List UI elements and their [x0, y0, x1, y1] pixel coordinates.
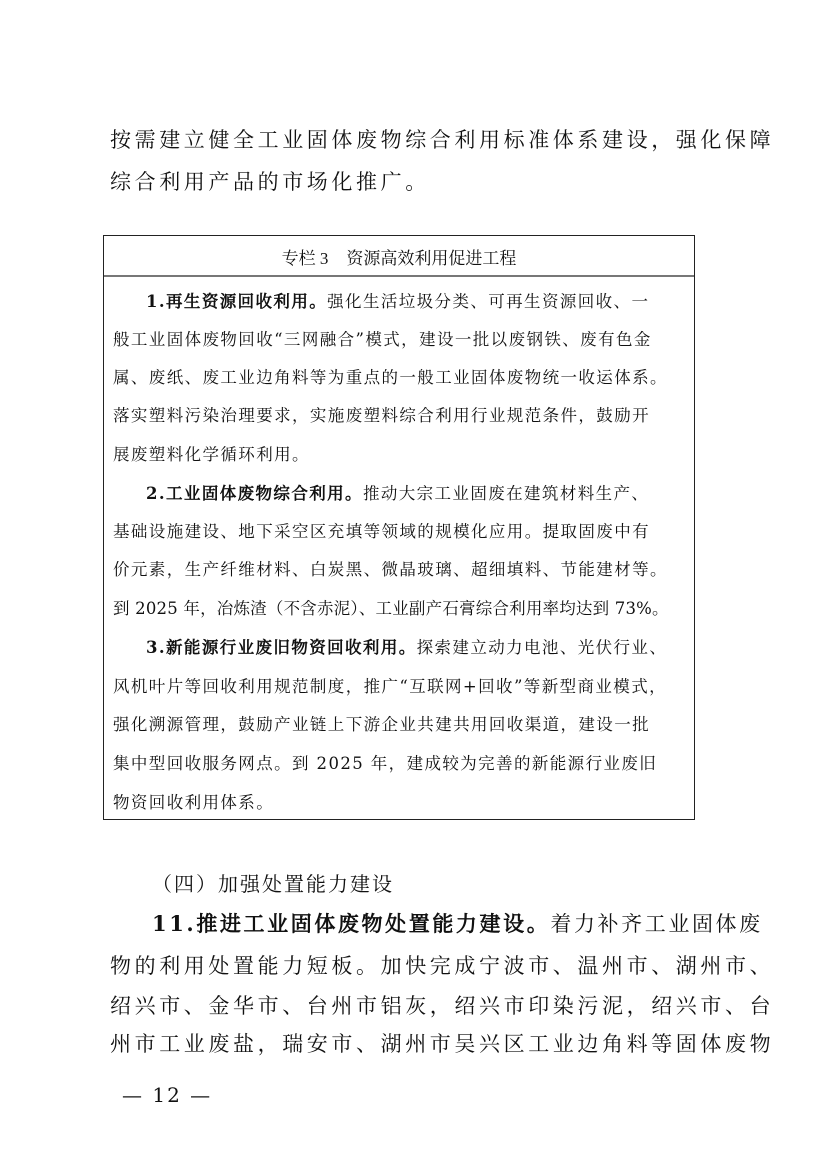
box-label: 专栏 3 [282, 249, 329, 268]
box-item-2-heading: 2.工业固体废物综合利用。 [146, 484, 363, 503]
box-item-2-line-2: 基础设施建设、地下采空区充填等领域的规模化应用。提取固废中有 [113, 518, 650, 542]
box-item-1-text: 强化生活垃圾分类、可再生资源回收、一 [327, 292, 649, 311]
section-item-text: 着力补齐工业固体废 [550, 912, 762, 936]
intro-line-2: 综合利用产品的市场化推广。 [110, 161, 430, 203]
box-header: 专栏 3资源高效利用促进工程 [104, 236, 694, 277]
box-item-3-line-2: 风机叶片等回收利用规范制度，推广“互联网+回收”等新型商业模式， [113, 673, 667, 697]
box-item-3-line-1: 3.新能源行业废旧物资回收利用。探索建立动力电池、光伏行业、 [146, 634, 667, 658]
box-item-1-line-3: 属、废纸、废工业边角料等为重点的一般工业固体废物统一收运体系。 [113, 364, 668, 388]
intro-line-1: 按需建立健全工业固体废物综合利用标准体系建设，强化保障 [110, 119, 774, 161]
box-item-1-line-1: 1.再生资源回收利用。强化生活垃圾分类、可再生资源回收、一 [146, 288, 649, 312]
box-item-3-line-5: 物资回收利用体系。 [113, 789, 274, 813]
section-item-line-1: 11.推进工业固体废物处置能力建设。着力补齐工业固体废 [152, 903, 763, 945]
section-heading: （四）加强处置能力建设 [152, 868, 394, 897]
box-item-1-line-5: 展废塑料化学循环利用。 [113, 441, 310, 465]
box-item-1-line-2: 般工业固体废物回收“三网融合”模式，建设一批以废钢铁、废有色金 [113, 326, 652, 350]
box-item-3-line-4: 集中型回收服务网点。到 2025 年，建成较为完善的新能源行业废旧 [113, 750, 657, 774]
page-number: — 12 — [122, 1083, 212, 1107]
section-item-line-2: 物的利用处置能力短板。加快完成宁波市、温州市、湖州市、 [110, 945, 774, 987]
box-item-3-text: 探索建立动力电池、光伏行业、 [417, 638, 668, 657]
box-item-2-line-4: 到 2025 年，冶炼渣（不含赤泥）、工业副产石膏综合利用率均达到 73%。 [113, 595, 669, 619]
box-item-1-heading: 1.再生资源回收利用。 [146, 292, 327, 311]
box-item-2-text: 推动大宗工业固废在建筑材料生产、 [363, 484, 649, 503]
box-item-2-line-1: 2.工业固体废物综合利用。推动大宗工业固废在建筑材料生产、 [146, 480, 649, 504]
box-title: 资源高效利用促进工程 [346, 249, 516, 269]
box-item-2-line-3: 价元素，生产纤维材料、白炭黑、微晶玻璃、超细填料、节能建材等。 [113, 556, 668, 580]
box-item-3-line-3: 强化溯源管理，鼓励产业链上下游企业共建共用回收渠道，建设一批 [113, 711, 650, 735]
special-column-box: 专栏 3资源高效利用促进工程 1.再生资源回收利用。强化生活垃圾分类、可再生资源… [103, 235, 695, 820]
section-item-line-4: 州市工业废盐，瑞安市、湖州市吴兴区工业边角料等固体废物 [110, 1023, 774, 1065]
box-item-1-line-4: 落实塑料污染治理要求，实施废塑料综合利用行业规范条件，鼓励开 [113, 402, 650, 426]
section-item-line-3: 绍兴市、金华市、台州市铝灰，绍兴市印染污泥，绍兴市、台 [110, 985, 774, 1027]
box-item-3-heading: 3.新能源行业废旧物资回收利用。 [146, 638, 417, 657]
section-item-heading: 11.推进工业固体废物处置能力建设。 [152, 911, 550, 936]
